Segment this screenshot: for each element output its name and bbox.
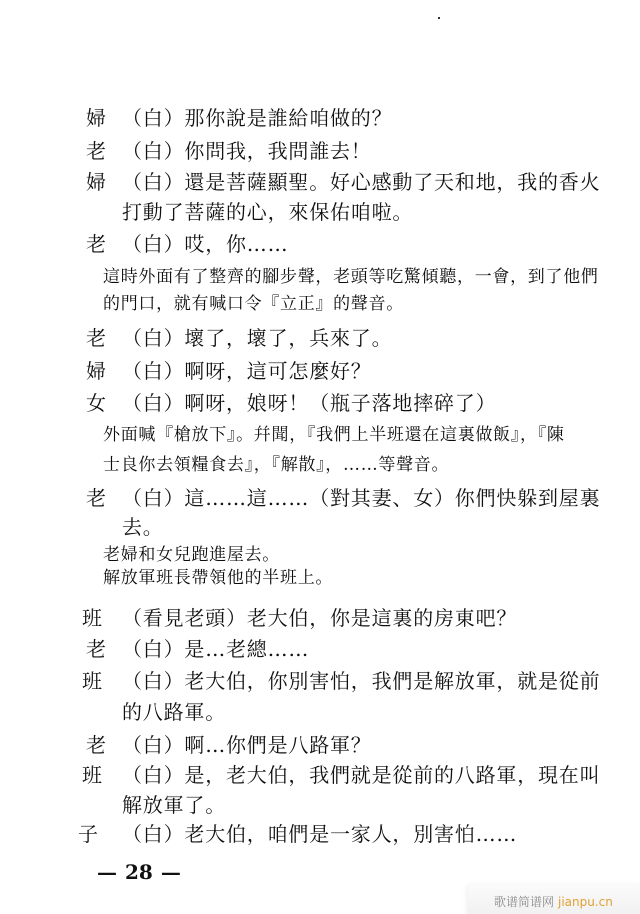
dialogue-line: 婦 （白）那你說是誰給咱做的？ (0, 106, 640, 130)
stage-direction: 士良你去領糧食去』，『解散』，……等聲音。 (103, 454, 449, 476)
dialogue-continuation: 解放軍了。 (0, 793, 640, 817)
speaker-name: 老 (86, 733, 107, 757)
dialogue-body: （白）啊呀，這可怎麼好？ (122, 359, 372, 383)
speaker-name: 班 (82, 606, 103, 630)
speaker-name: 老 (86, 139, 107, 163)
stage-cue: （看見老頭） (122, 606, 247, 630)
dialogue-body: （看見老頭）老大伯，你是這裏的房東吧？ (122, 606, 517, 630)
dialogue-continuation: 打動了菩薩的心，來保佑咱啦。 (0, 200, 640, 224)
dialogue-text: 哎，你…… (184, 232, 288, 256)
page-number-value: 28 (125, 860, 153, 884)
dialogue-text: 是，老大伯，我們就是從前的八路軍，現在叫 (184, 763, 600, 787)
dialogue-line: 老 （白）你問我，我問誰去！ (0, 139, 640, 163)
speaker-name: 老 (86, 637, 107, 661)
page-dash-left: — (97, 860, 117, 884)
continuation-text: 解放軍了。 (122, 793, 226, 817)
stage-cue: （白） (122, 359, 184, 383)
dialogue-line: 子 （白）老大伯，咱們是一家人，別害怕…… (0, 822, 640, 846)
dialogue-text: 這……這……（對其妻、女）你們快躲到屋裏 (184, 486, 600, 510)
dialogue-text: 啊…你們是八路軍？ (184, 733, 371, 757)
dialogue-text: 你問我，我問誰去！ (184, 139, 371, 163)
stage-direction: 這時外面有了整齊的腳步聲，老頭等吃驚傾聽，一會，到了他們 (103, 266, 599, 288)
dialogue-text: 老大伯，你別害怕，我們是解放軍，就是從前 (184, 669, 600, 693)
dialogue-line: 老 （白）這……這……（對其妻、女）你們快躲到屋裏 (0, 486, 640, 510)
speaker-name: 老 (86, 232, 107, 256)
stage-direction: 外面喊『槍放下』。幷聞，『我們上半班還在這裏做飯』，『陳 (103, 424, 565, 446)
scan-speck (438, 17, 440, 19)
dialogue-text: 那你說是誰給咱做的？ (184, 106, 392, 130)
dialogue-body: （白）還是菩薩顯聖。好心感動了天和地，我的香火 (122, 170, 600, 194)
dialogue-line: 婦 （白）啊呀，這可怎麼好？ (0, 359, 640, 383)
dialogue-body: （白）老大伯，你別害怕，我們是解放軍，就是從前 (122, 669, 600, 693)
continuation-text: 打動了菩薩的心，來保佑咱啦。 (122, 200, 413, 224)
stage-cue: （白） (122, 106, 184, 130)
continuation-text: 的八路軍。 (122, 700, 226, 724)
speaker-name: 子 (78, 822, 99, 846)
dialogue-line: 女 （白）啊呀，娘呀！（瓶子落地摔碎了） (0, 391, 640, 415)
watermark-site-name: 歌谱简谱网 (494, 895, 554, 909)
dialogue-body: （白）是，老大伯，我們就是從前的八路軍，現在叫 (122, 763, 600, 787)
speaker-name: 婦 (86, 359, 107, 383)
watermark: 歌谱简谱网jianpu.cn (494, 894, 613, 910)
dialogue-body: （白）哎，你…… (122, 232, 288, 256)
speaker-name: 婦 (86, 106, 107, 130)
stage-cue: （白） (122, 139, 184, 163)
page-number: —28— (97, 860, 181, 884)
dialogue-line: 老 （白）啊…你們是八路軍？ (0, 733, 640, 757)
dialogue-line: 班 （白）是，老大伯，我們就是從前的八路軍，現在叫 (0, 763, 640, 787)
dialogue-text: 壞了，壞了，兵來了。 (184, 326, 392, 350)
speaker-name: 班 (82, 763, 103, 787)
stage-cue: （白） (122, 170, 184, 194)
dialogue-line: 老 （白）壞了，壞了，兵來了。 (0, 326, 640, 350)
dialogue-body: （白）啊呀，娘呀！（瓶子落地摔碎了） (122, 391, 496, 415)
dialogue-continuation: 去。 (0, 515, 640, 539)
dialogue-text: 老大伯，咱們是一家人，別害怕…… (184, 822, 517, 846)
dialogue-text: 啊呀，這可怎麼好？ (184, 359, 371, 383)
stage-cue: （白） (122, 733, 184, 757)
dialogue-line: 老 （白）哎，你…… (0, 232, 640, 256)
dialogue-body: （白）壞了，壞了，兵來了。 (122, 326, 392, 350)
continuation-text: 去。 (122, 515, 164, 539)
dialogue-body: （白）這……這……（對其妻、女）你們快躲到屋裏 (122, 486, 600, 510)
stage-cue: （白） (122, 486, 184, 510)
dialogue-text: 還是菩薩顯聖。好心感動了天和地，我的香火 (184, 170, 600, 194)
dialogue-line: 婦 （白）還是菩薩顯聖。好心感動了天和地，我的香火 (0, 170, 640, 194)
stage-cue: （白） (122, 637, 184, 661)
speaker-name: 女 (86, 391, 107, 415)
dialogue-body: （白）啊…你們是八路軍？ (122, 733, 372, 757)
stage-cue: （白） (122, 669, 184, 693)
dialogue-continuation: 的八路軍。 (0, 700, 640, 724)
dialogue-text: 是…老總…… (184, 637, 309, 661)
speaker-name: 老 (86, 486, 107, 510)
stage-cue: （白） (122, 763, 184, 787)
speaker-name: 老 (86, 326, 107, 350)
dialogue-body: （白）老大伯，咱們是一家人，別害怕…… (122, 822, 517, 846)
speaker-name: 婦 (86, 170, 107, 194)
stage-cue: （白） (122, 232, 184, 256)
stage-direction: 的門口，就有喊口令『立正』的聲音。 (103, 293, 404, 315)
stage-cue: （白） (122, 391, 184, 415)
dialogue-line: 老 （白）是…老總…… (0, 637, 640, 661)
dialogue-line: 班 （看見老頭）老大伯，你是這裏的房東吧？ (0, 606, 640, 630)
dialogue-text: 老大伯，你是這裏的房東吧？ (247, 606, 517, 630)
page-dash-right: — (161, 860, 181, 884)
speaker-name: 班 (82, 669, 103, 693)
stage-direction: 解放軍班長帶領他的半班上。 (103, 567, 333, 589)
dialogue-body: （白）是…老總…… (122, 637, 309, 661)
dialogue-text: 啊呀，娘呀！（瓶子落地摔碎了） (184, 391, 496, 415)
dialogue-body: （白）你問我，我問誰去！ (122, 139, 372, 163)
watermark-domain: jianpu.cn (558, 895, 613, 909)
dialogue-body: （白）那你說是誰給咱做的？ (122, 106, 392, 130)
stage-cue: （白） (122, 822, 184, 846)
stage-direction: 老婦和女兒跑進屋去。 (103, 544, 280, 566)
dialogue-line: 班 （白）老大伯，你別害怕，我們是解放軍，就是從前 (0, 669, 640, 693)
stage-cue: （白） (122, 326, 184, 350)
